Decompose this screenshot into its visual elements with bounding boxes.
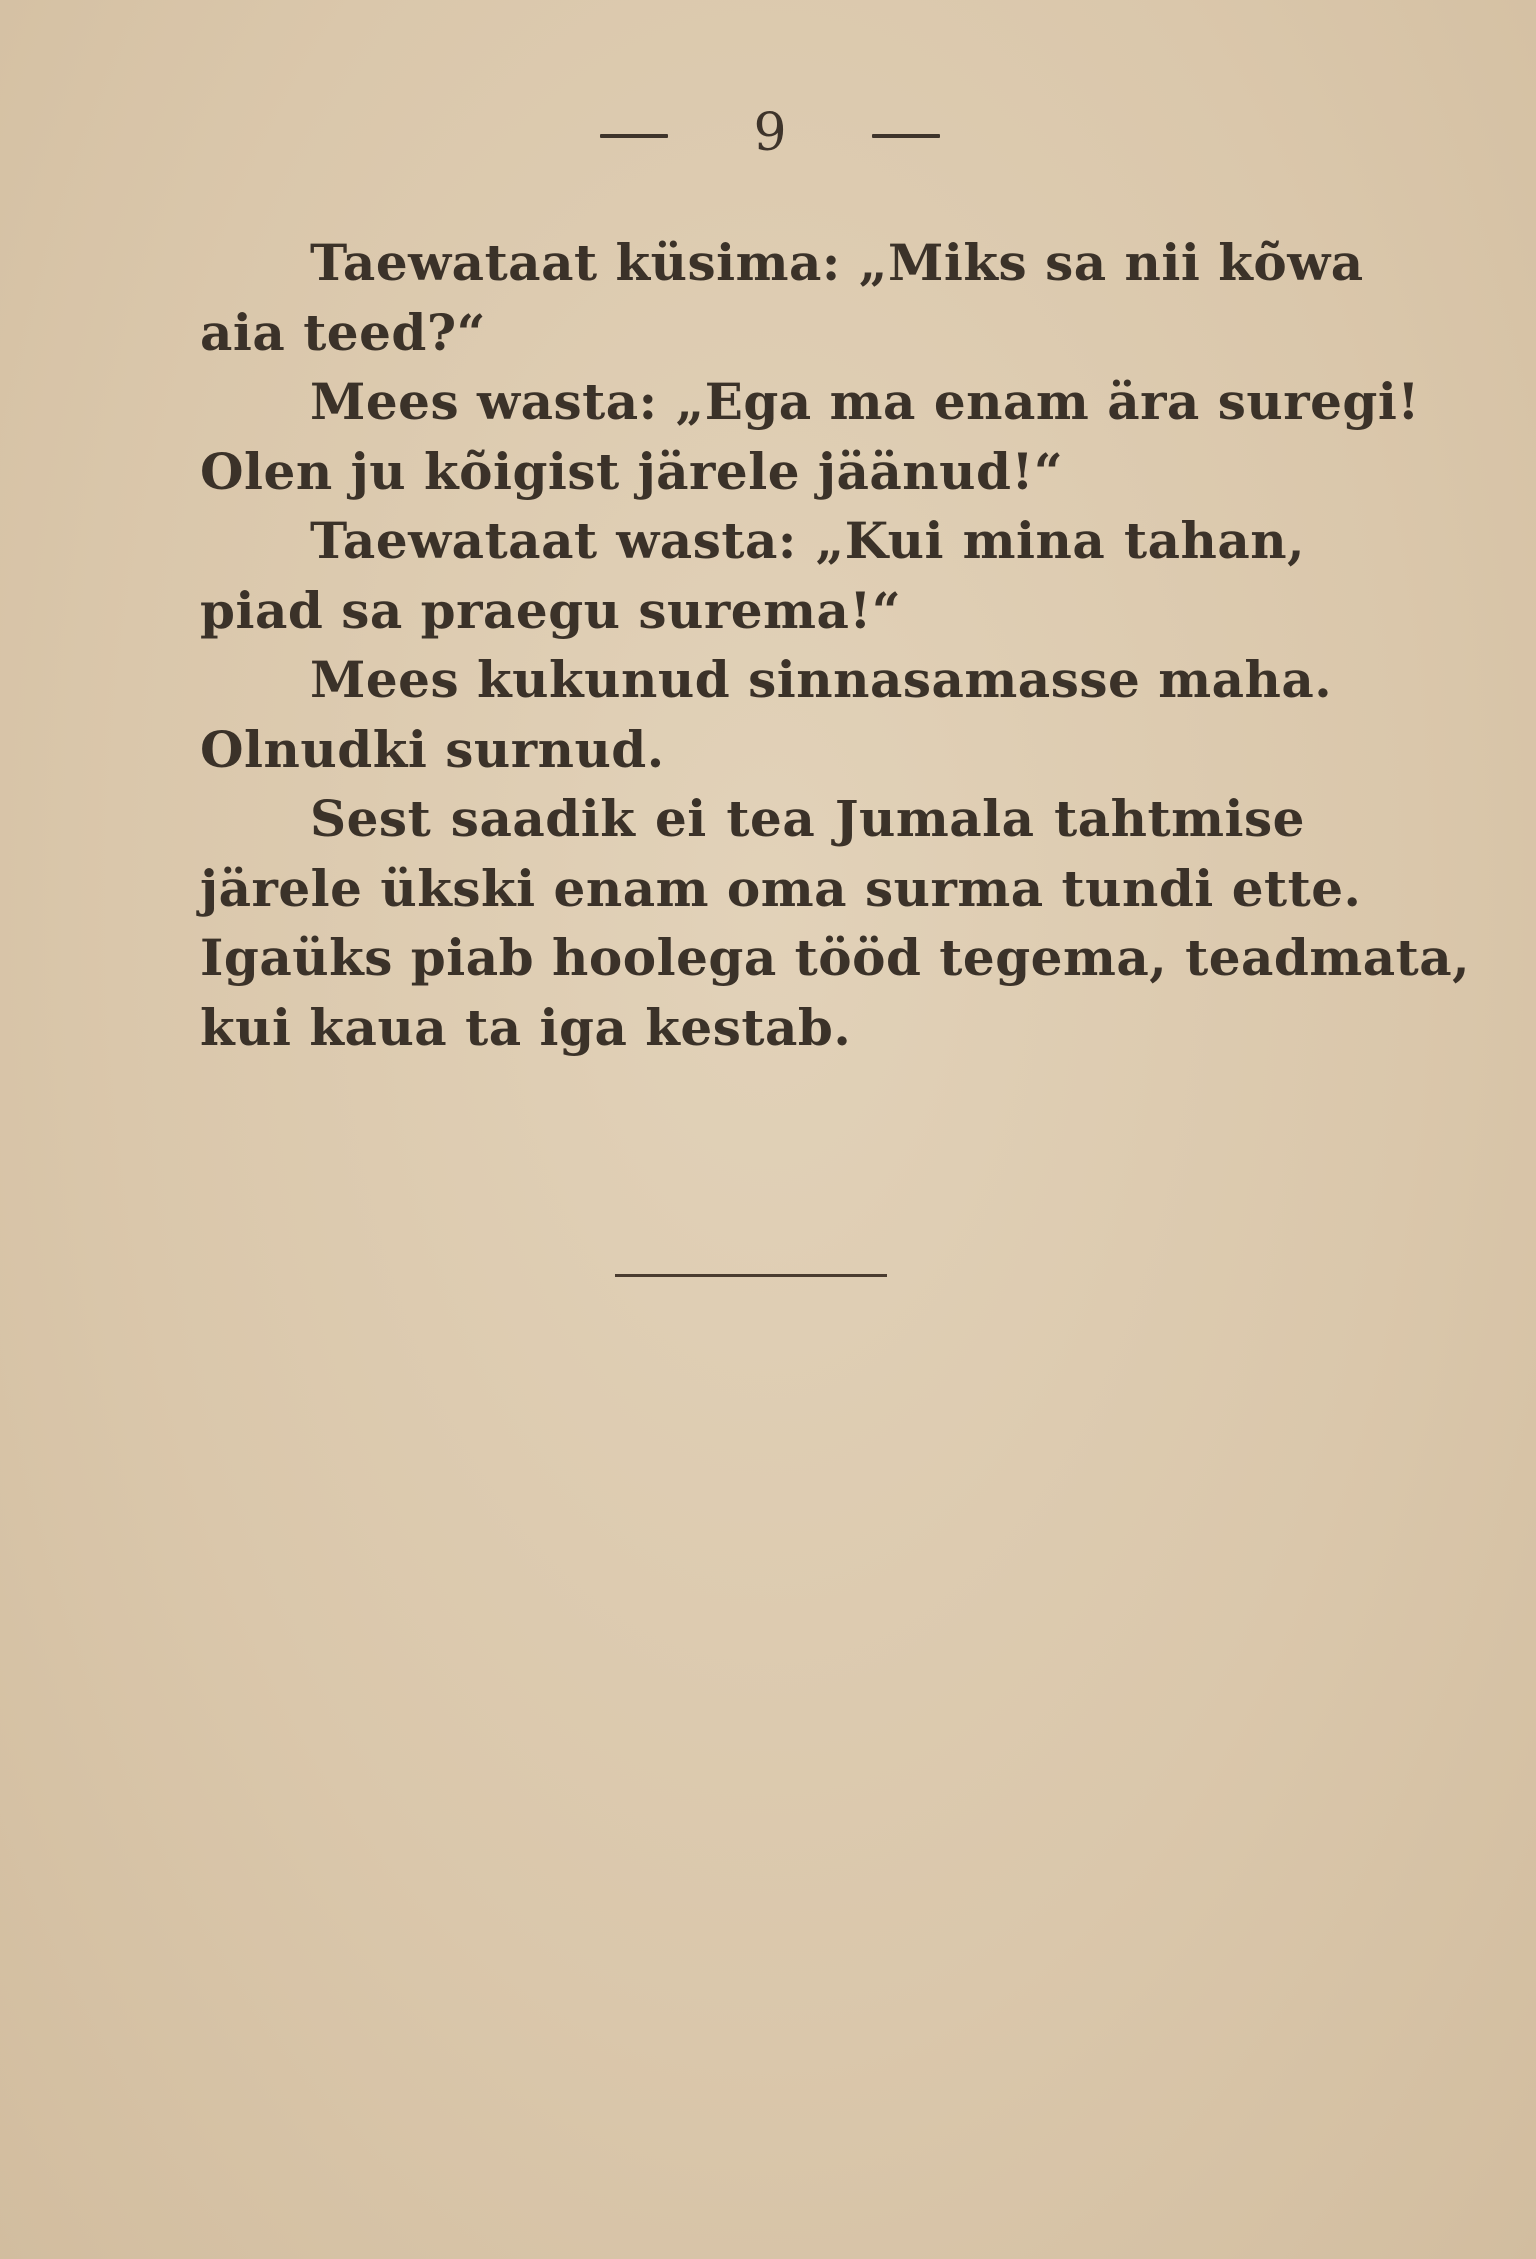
body-text: Taewataat küsima: „Miks sa nii kõwa aia … [200,228,1305,1062]
left-dash-ornament [600,134,668,138]
page-header: 9 [600,103,940,163]
text-line: järele ükski enam oma surma tundi ette. [200,854,1305,924]
text-line: Olen ju kõigist järele jäänud!“ [200,437,1305,507]
right-dash-ornament [872,134,940,138]
text-line: Sest saadik ei tea Jumala tahtmise [200,784,1305,854]
text-line: kui kaua ta iga kestab. [200,993,1305,1063]
text-line: piad sa praegu surema!“ [200,576,1305,646]
section-end-rule [615,1274,887,1277]
text-line: Olnudki surnud. [200,715,1305,785]
text-line: Taewataat küsima: „Miks sa nii kõwa [200,228,1305,298]
text-line: aia teed?“ [200,298,1305,368]
book-page: 9 Taewataat küsima: „Miks sa nii kõwa ai… [0,0,1536,2259]
text-line: Igaüks piab hoolega tööd tegema, teadmat… [200,923,1305,993]
text-line: Mees kukunud sinnasamasse maha. [200,645,1305,715]
text-line: Mees wasta: „Ega ma enam ära suregi! [200,367,1305,437]
page-number: 9 [753,107,786,159]
text-line: Taewataat wasta: „Kui mina tahan, [200,506,1305,576]
